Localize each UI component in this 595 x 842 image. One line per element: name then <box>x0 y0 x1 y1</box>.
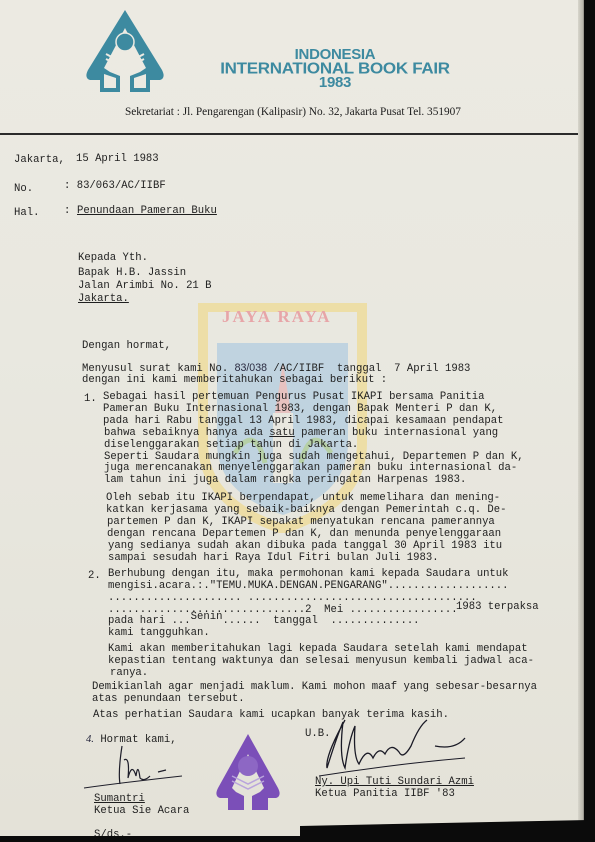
intro-line: dengan ini kami memberitahukan sebagai b… <box>82 374 387 387</box>
form-field-event: mengisi.acara.:."TEMU.MUKA.DENGAN.PENGAR… <box>108 580 509 593</box>
header-divider <box>0 133 580 135</box>
point-number: 1. <box>84 393 97 406</box>
emphasized-word: satu <box>269 427 294 439</box>
body-line: Sebagai hasil pertemuan Pengurus Pusat I… <box>103 391 484 404</box>
number-label: No. <box>14 183 33 196</box>
page-edge <box>578 0 584 836</box>
body-line: diselenggarakan setiap tahun di Jakarta. <box>104 439 358 452</box>
body-line: kami tangguhkan. <box>108 627 210 640</box>
body-text: pameran buku internasional yang <box>295 427 498 439</box>
body-text: bahwa sebaiknya hanya ada <box>104 427 269 439</box>
body-line: lam tahun ini juga dalam rangka peringat… <box>104 474 466 487</box>
right-signatory-name: Ny. Upi Tuti Sundari Azmi <box>315 776 474 789</box>
letter-date: 15 April 1983 <box>76 153 159 166</box>
place-label: Jakarta, <box>14 154 65 167</box>
body-line: Pameran Buku Internasional 1983, dengan … <box>103 403 497 416</box>
book-fair-hands-logo-icon <box>80 8 170 96</box>
body-line: ranya. <box>110 667 148 680</box>
typist-initials: S/ds.- <box>94 829 132 836</box>
body-line: Kami akan memberitahukan lagi kepada Sau… <box>108 643 528 656</box>
body-line: Oleh sebab itu IKAPI berpendapat, untuk … <box>106 492 500 505</box>
body-text: 1983 terpaksa <box>456 601 539 614</box>
book-fair-stamp-icon <box>212 732 284 814</box>
form-field-day: pada hari ...Senin...... tanggal .......… <box>108 615 420 628</box>
closing-line: Demikianlah agar menjadi maklum. Kami mo… <box>92 681 537 694</box>
subject-colon: : <box>64 205 70 218</box>
body-text: ...... tanggal .............. <box>222 615 419 627</box>
body-line: kepastian tentang waktunya dan selesai m… <box>108 655 534 668</box>
body-line: katkan kerjasama yang sebaik-baiknya den… <box>106 504 507 517</box>
body-line: pada hari Rabu tanggal 13 April 1983, di… <box>103 415 504 428</box>
form-field-dots: ..................... ..................… <box>108 592 477 605</box>
body-line: dengan rencana Departemen P dan K, dan m… <box>107 528 501 541</box>
filled-day: Senin <box>191 611 223 623</box>
handwritten-reference: 83/038 <box>235 362 267 374</box>
closing-line: atas penundaan tersebut. <box>92 693 245 706</box>
org-year: 1983 <box>190 76 480 90</box>
salutation: Dengan hormat, <box>82 340 171 353</box>
watermark-text: JAYA RAYA <box>222 307 332 327</box>
point-number: 2. <box>88 570 101 583</box>
body-line: bahwa sebaiknya hanya ada satu pameran b… <box>104 427 498 440</box>
body-line: yang sedianya sudah akan dibuka pada tan… <box>108 540 502 553</box>
letter-subject: Penundaan Pameran Buku <box>77 205 217 218</box>
recipient-line: Kepada Yth. <box>78 252 148 265</box>
body-line: juga merencanakan menyelenggarakan pamer… <box>104 462 517 475</box>
right-signatory-title: Ketua Panitia IIBF '83 <box>315 788 455 801</box>
body-line: sampai sesudah hari Raya Idul Fitri bula… <box>108 552 439 565</box>
recipient-address: Jalan Arimbi No. 21 B <box>78 280 212 293</box>
recipient-name: Bapak H.B. Jassin <box>78 267 186 280</box>
left-signatory-name: Sumantri <box>94 793 145 806</box>
body-line: partemen P dan K, IKAPI sepakat menyatuk… <box>107 516 495 529</box>
recipient-city: Jakarta. <box>78 293 129 306</box>
left-signature-icon <box>78 742 188 792</box>
org-name-line2: INTERNATIONAL BOOK FAIR <box>190 63 480 76</box>
secretariat-address: Sekretariat : Jl. Pengarengan (Kalipasir… <box>125 106 461 118</box>
subject-label: Hal. <box>14 207 39 220</box>
right-signature-icon <box>315 716 485 778</box>
letter-page: INDONESIA INTERNATIONAL BOOK FAIR 1983 S… <box>0 0 584 836</box>
body-line: Berhubung dengan itu, maka permohonan ka… <box>108 568 509 581</box>
body-text: pada hari ... <box>108 615 191 627</box>
organization-title: INDONESIA INTERNATIONAL BOOK FAIR 1983 <box>190 48 480 90</box>
letter-number: : 83/063/AC/IIBF <box>64 180 166 193</box>
left-signatory-title: Ketua Sie Acara <box>94 805 189 818</box>
